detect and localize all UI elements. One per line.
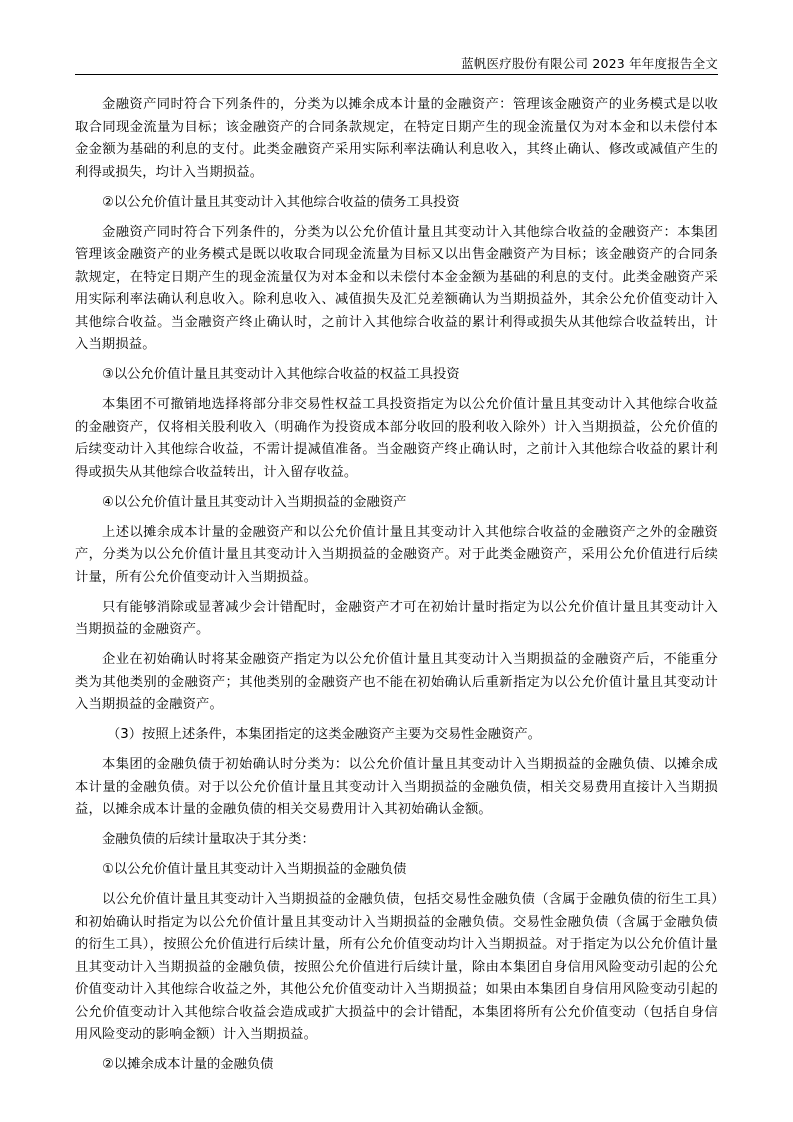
section-heading-fvtpl-assets: ④以公允价值计量且其变动计入当期损益的金融资产 <box>75 492 718 515</box>
section-heading-item-3: （3）按照上述条件，本集团指定的这类金融资产主要为交易性金融资产。 <box>75 724 718 747</box>
paragraph-fvtpl-assets: 上述以摊余成本计量的金融资产和以公允价值计量且其变动计入其他综合收益的金融资产之… <box>75 522 718 590</box>
document-body: 金融资产同时符合下列条件的，分类为以摊余成本计量的金融资产：管理该金融资产的业务… <box>75 94 718 1084</box>
paragraph-fvtpl-liabilities: 以公允价值计量且其变动计入当期损益的金融负债，包括交易性金融负债（含属于金融负债… <box>75 889 718 1047</box>
report-title: 蓝帆医疗股份有限公司 2023 年年度报告全文 <box>461 54 718 72</box>
section-heading-fvtpl-liabilities: ①以公允价值计量且其变动计入当期损益的金融负债 <box>75 859 718 882</box>
paragraph-accounting-mismatch: 只有能够消除或显著减少会计错配时，金融资产才可在初始计量时指定为以公允价值计量且… <box>75 597 718 642</box>
section-heading-fvoci-debt: ②以公允价值计量且其变动计入其他综合收益的债务工具投资 <box>75 192 718 215</box>
page-header: 蓝帆医疗股份有限公司 2023 年年度报告全文 <box>75 52 718 75</box>
paragraph-amortized-cost-assets: 金融资产同时符合下列条件的，分类为以摊余成本计量的金融资产：管理该金融资产的业务… <box>75 94 718 184</box>
section-heading-amortized-liabilities: ②以摊余成本计量的金融负债 <box>75 1054 718 1077</box>
paragraph-liability-classification: 本集团的金融负债于初始确认时分类为：以公允价值计量且其变动计入当期损益的金融负债… <box>75 754 718 822</box>
paragraph-fvoci-equity: 本集团不可撤销地选择将部分非交易性权益工具投资指定为以公允价值计量且其变动计入其… <box>75 394 718 484</box>
paragraph-designation-irrevocable: 企业在初始确认时将某金融资产指定为以公允价值计量且其变动计入当期损益的金融资产后… <box>75 649 718 717</box>
section-heading-liability-subsequent: 金融负债的后续计量取决于其分类： <box>75 829 718 852</box>
section-heading-fvoci-equity: ③以公允价值计量且其变动计入其他综合收益的权益工具投资 <box>75 364 718 387</box>
paragraph-fvoci-debt: 金融资产同时符合下列条件的，分类为以公允价值计量且其变动计入其他综合收益的金融资… <box>75 222 718 357</box>
